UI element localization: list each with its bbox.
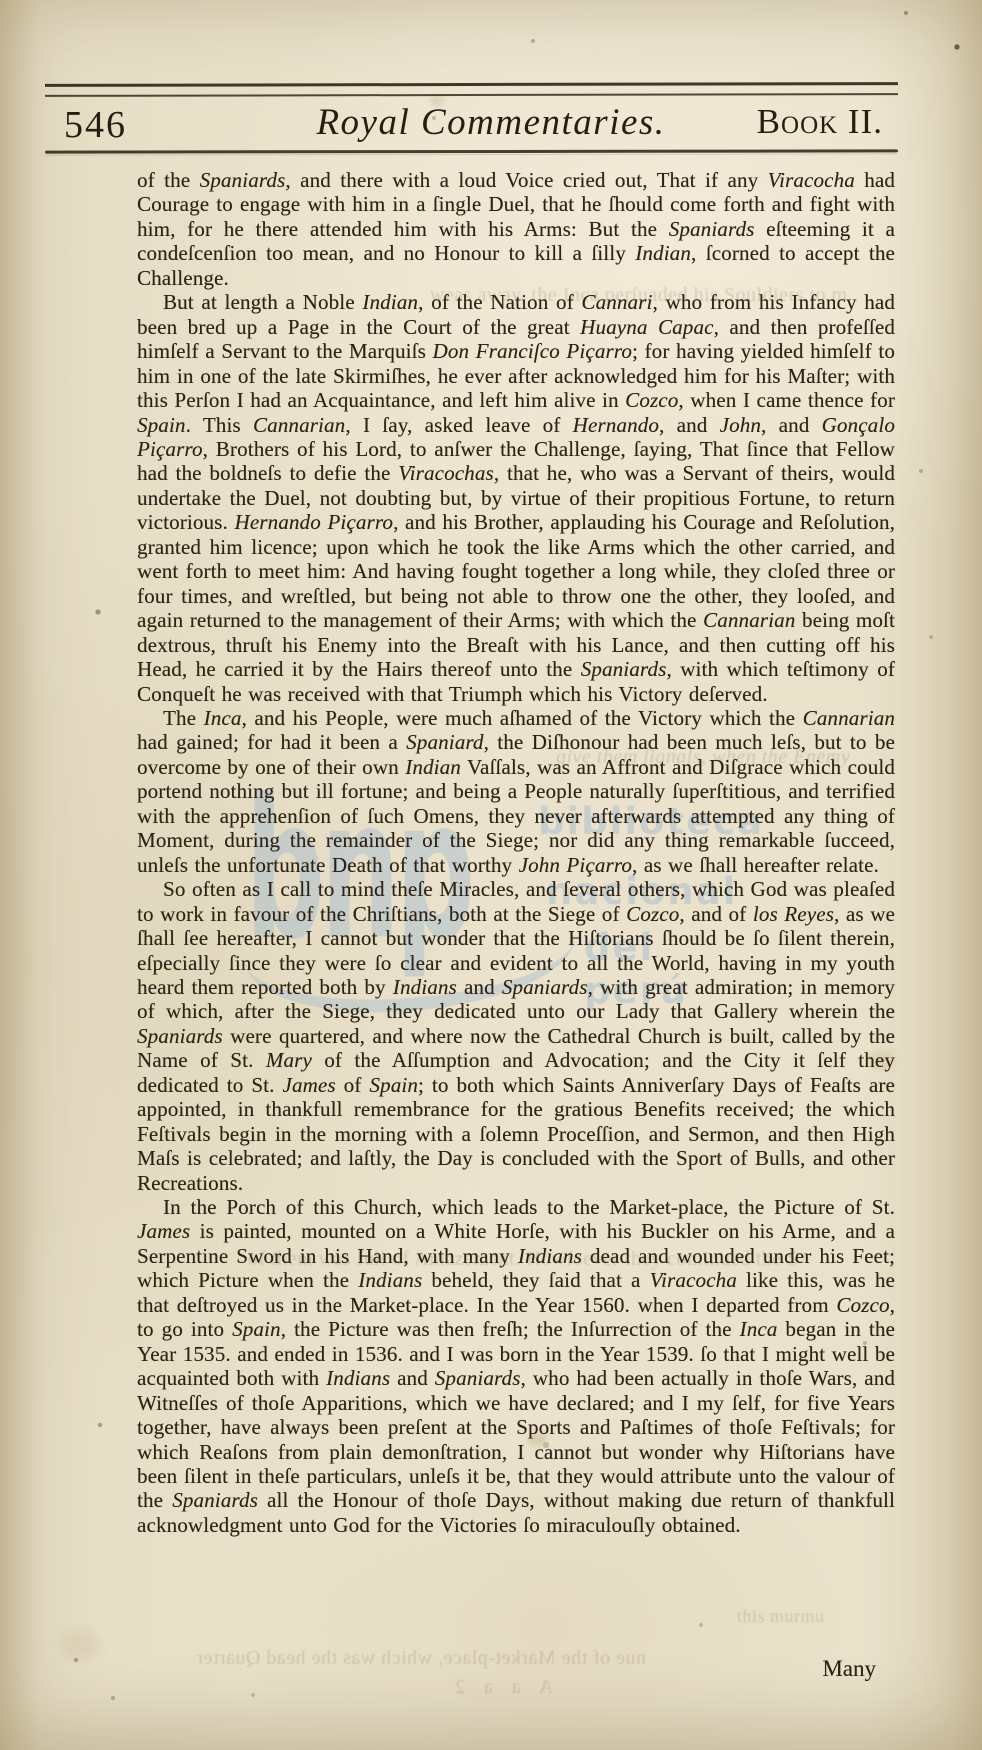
paragraph: But at length a Noble Indian, of the Nat…: [137, 290, 895, 706]
show-through-fragment-mirrored: nue of the Market-place, which was the h…: [12, 1647, 830, 1670]
book-label: Book II.: [757, 102, 883, 142]
top-double-rule: [45, 82, 898, 97]
body-text: of the Spaniards, and there with a loud …: [137, 168, 895, 1537]
catchword: Many: [822, 1656, 876, 1682]
show-through-signature-mark: A a a 2: [448, 1676, 553, 1699]
paragraph: of the Spaniards, and there with a loud …: [137, 168, 895, 290]
book-page-scan: 546 Royal Commentaries. Book II. bnp bib…: [0, 0, 982, 1750]
header-rule: [45, 149, 898, 153]
paragraph: The Inca, and his People, were much aſha…: [137, 706, 895, 877]
show-through-fragment: this murmu: [737, 1606, 825, 1627]
paragraph: So often as I call to mind theſe Miracle…: [137, 877, 895, 1195]
paragraph: In the Porch of this Church, which leads…: [137, 1195, 895, 1537]
ink-speckles: [0, 0, 2, 2]
